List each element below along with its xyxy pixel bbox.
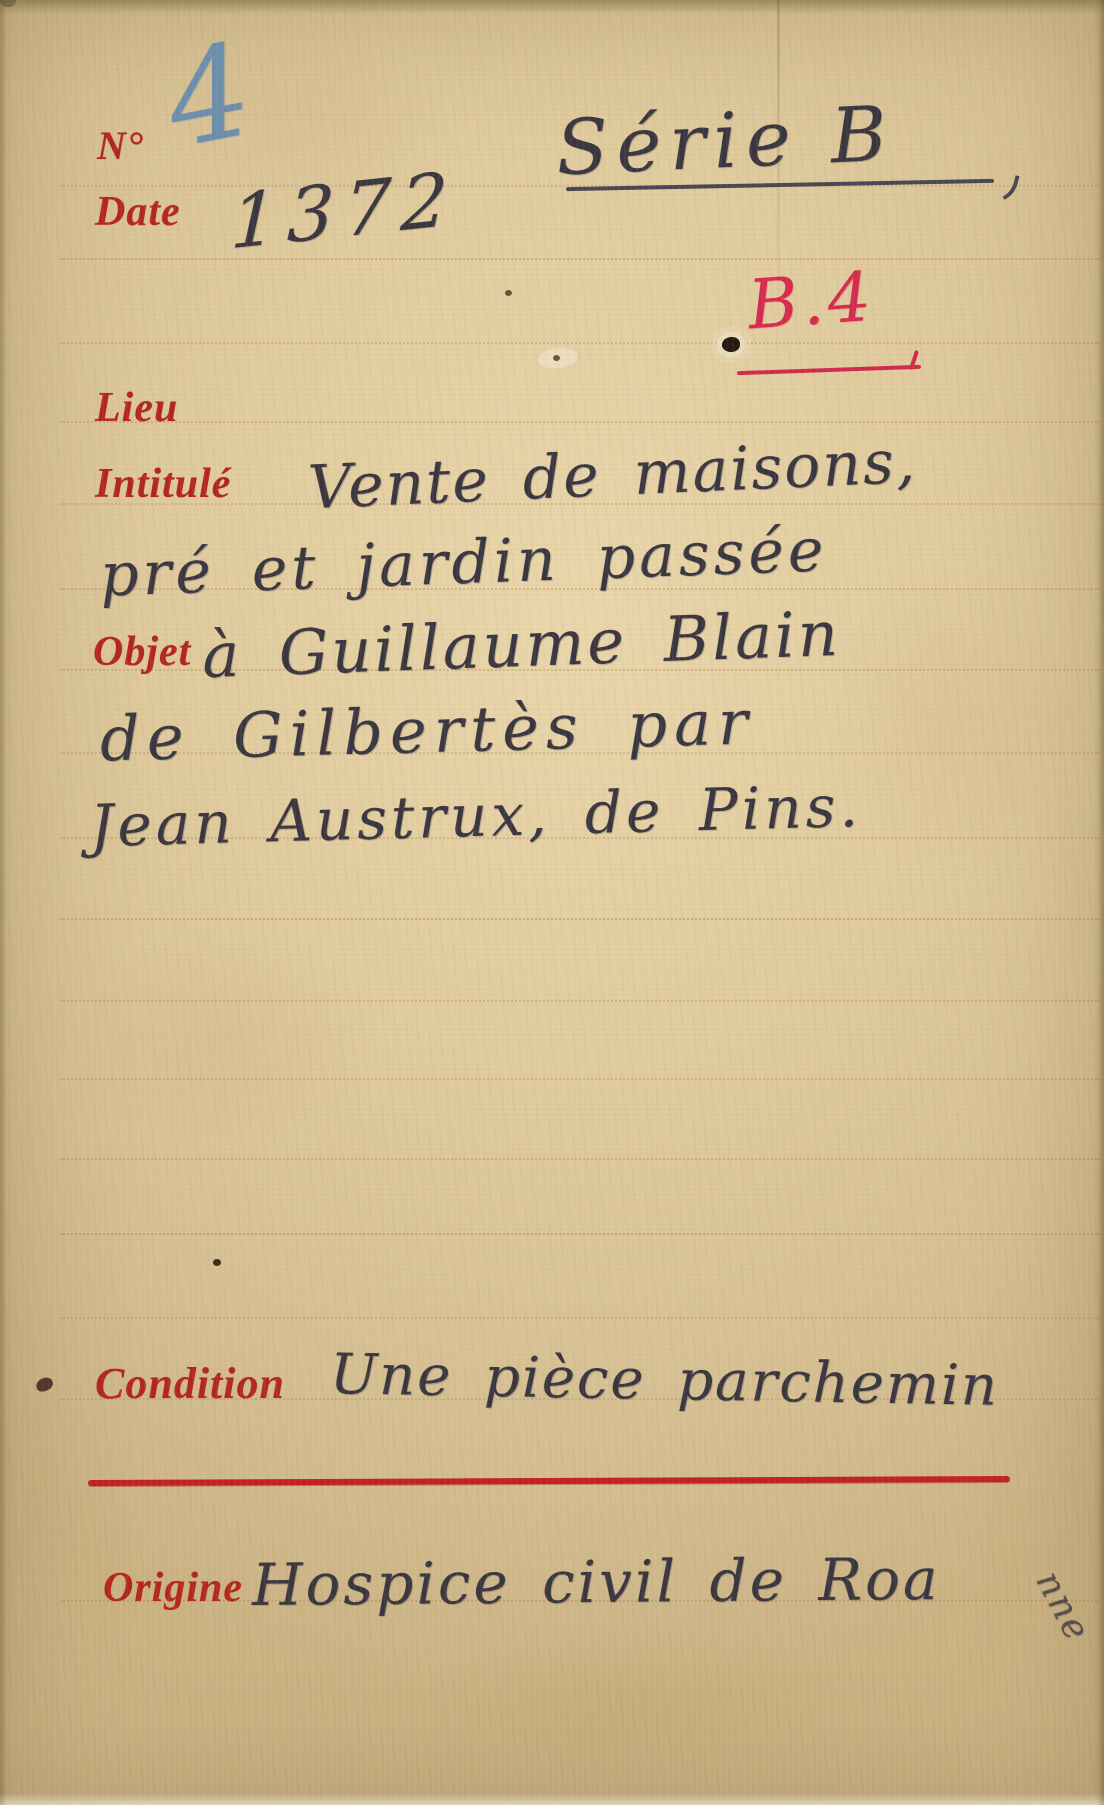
dotted-ruled-line bbox=[60, 1158, 1100, 1160]
handwritten-origine-tail: nne bbox=[1027, 1564, 1098, 1648]
handwritten-origine: Hospice civil de Roa bbox=[252, 1545, 941, 1619]
handwritten-cote: B.4 bbox=[745, 258, 877, 346]
field-label-numero: N° bbox=[97, 122, 144, 169]
handwritten-description-line-5: Jean Austrux, de Pins. bbox=[89, 772, 862, 860]
handwritten-description-line-4: de Gilbertès par bbox=[99, 685, 755, 775]
handwritten-description-line-2: pré et jardin passée bbox=[99, 515, 829, 610]
paper-stain bbox=[60, 930, 380, 1150]
condition-bullet-mark bbox=[34, 1376, 54, 1394]
cote-underline-stroke bbox=[737, 365, 921, 375]
field-label-objet: Objet bbox=[93, 628, 191, 676]
card-edge-left bbox=[0, 0, 6, 1805]
dotted-ruled-line bbox=[60, 342, 1100, 344]
handwritten-serie: Série B bbox=[554, 89, 896, 193]
field-label-origine: Origine bbox=[103, 1564, 243, 1612]
handwritten-condition: Une pièce parchemin bbox=[329, 1342, 999, 1419]
paper-scuff-dot bbox=[553, 355, 560, 361]
paper-hole bbox=[722, 337, 740, 352]
paper-stain bbox=[420, 1610, 840, 1780]
dotted-ruled-line bbox=[60, 918, 1100, 920]
paper-speck bbox=[505, 290, 512, 296]
paper-crease bbox=[777, 0, 780, 340]
paper-speck bbox=[213, 1259, 221, 1266]
paper-texture bbox=[0, 0, 1104, 1805]
card-edge-bottom bbox=[0, 1793, 1104, 1805]
field-label-lieu: Lieu bbox=[95, 384, 178, 432]
handwritten-number-pencil: 4 bbox=[155, 16, 263, 178]
red-separator-rule bbox=[88, 1476, 1010, 1486]
dotted-ruled-line bbox=[60, 258, 1100, 260]
handwritten-date: 1372 bbox=[229, 156, 459, 267]
field-label-date: Date bbox=[95, 188, 181, 236]
dotted-ruled-line bbox=[60, 1078, 1100, 1080]
field-label-intitule: Intitulé bbox=[95, 460, 231, 508]
archive-index-card: N° Date Lieu Intitulé Objet Condition Or… bbox=[0, 0, 1104, 1805]
dotted-ruled-line bbox=[60, 1233, 1100, 1235]
dotted-ruled-line bbox=[60, 1317, 1100, 1319]
dotted-ruled-line bbox=[60, 1000, 1100, 1002]
handwritten-description-line-1: Vente de maisons, bbox=[307, 427, 918, 523]
card-edge-top bbox=[0, 0, 1104, 14]
handwritten-description-line-3: à Guillaume Blain bbox=[201, 597, 842, 692]
serie-underline-hook bbox=[982, 169, 1019, 208]
dotted-ruled-line bbox=[60, 421, 1100, 423]
field-label-condition: Condition bbox=[95, 1358, 285, 1409]
card-edge-right bbox=[1097, 0, 1104, 1805]
